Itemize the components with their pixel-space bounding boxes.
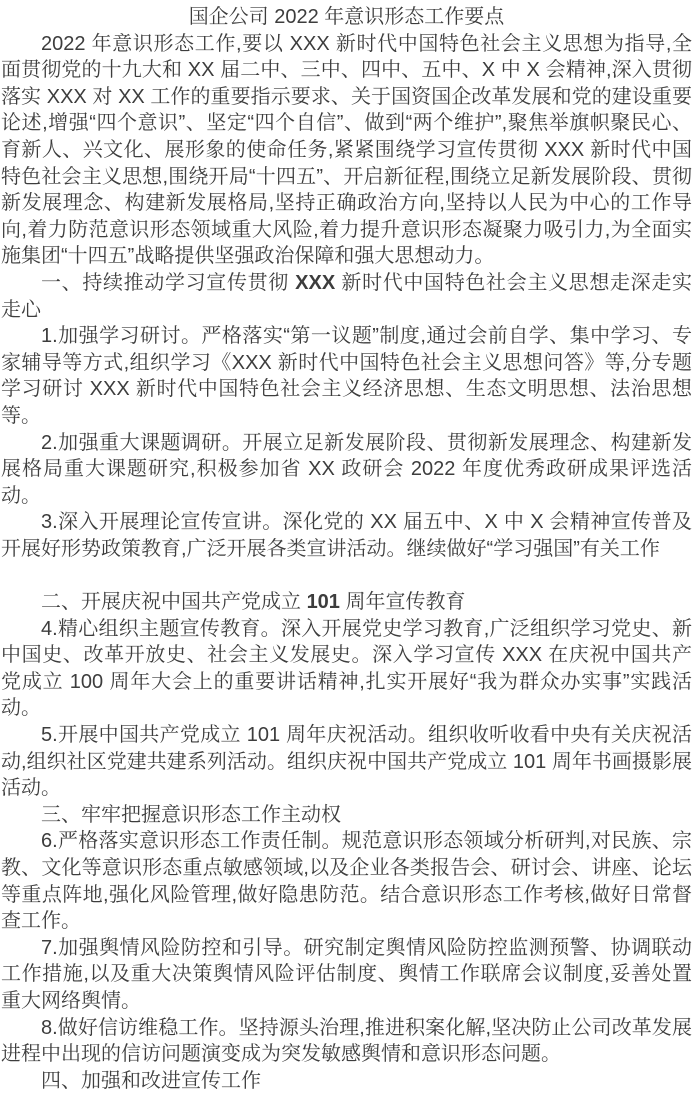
text-run: 7.加强舆情风险防控和引导。研究制定舆情风险防控监测预警、协调联动工作措施,以及… xyxy=(1,937,692,1012)
paragraph: 2022 年意识形态工作,要以 XXX 新时代中国特色社会主义思想为指导,全面贯… xyxy=(1,31,692,270)
text-run: 2.加强重大课题调研。开展立足新发展阶段、贯彻新发展理念、构建新发展格局重大课题… xyxy=(1,432,692,507)
text-run: 一、持续推动学习宣传贯彻 xyxy=(41,272,295,294)
paragraph: 3.深入开展理论宣传宣讲。深化党的 XX 届五中、X 中 X 会精神宣传普及开展… xyxy=(1,509,692,562)
document-page: 国企公司 2022 年意识形态工作要点 2022 年意识形态工作,要以 XXX … xyxy=(0,0,693,1097)
bold-text: XXX xyxy=(295,272,335,294)
text-run: 2022 年意识形态工作,要以 XXX 新时代中国特色社会主义思想为指导,全面贯… xyxy=(1,33,692,268)
text-run: 4.精心组织主题宣传教育。深入开展党史学习教育,广泛组织学习党史、新中国史、改革… xyxy=(1,618,692,720)
paragraph: 5.开展中国共产党成立 101 周年庆祝活动。组织收听收看中央有关庆祝活动,组织… xyxy=(1,722,692,802)
text-run: 3.深入开展理论宣传宣讲。深化党的 XX 届五中、X 中 X 会精神宣传普及开展… xyxy=(1,511,692,560)
paragraph: 4.精心组织主题宣传教育。深入开展党史学习教育,广泛组织学习党史、新中国史、改革… xyxy=(1,616,692,722)
document-body: 2022 年意识形态工作,要以 XXX 新时代中国特色社会主义思想为指导,全面贯… xyxy=(1,31,692,1095)
text-run: 1.加强学习研讨。严格落实“第一议题”制度,通过会前自学、集中学习、专家辅导等方… xyxy=(1,325,692,427)
paragraph: 7.加强舆情风险防控和引导。研究制定舆情风险防控监测预警、协调联动工作措施,以及… xyxy=(1,935,692,1015)
paragraph: 1.加强学习研讨。严格落实“第一议题”制度,通过会前自学、集中学习、专家辅导等方… xyxy=(1,323,692,429)
text-run: 三、牢牢把握意识形态工作主动权 xyxy=(41,804,341,826)
section-heading: 一、持续推动学习宣传贯彻 XXX 新时代中国特色社会主义思想走深走实走心 xyxy=(1,270,692,323)
text-run: 6.严格落实意识形态工作责任制。规范意识形态领域分析研判,对民族、宗教、文化等意… xyxy=(1,830,692,932)
empty-line xyxy=(1,562,692,589)
text-run: 8.做好信访维稳工作。坚持源头治理,推进积案化解,坚决防止公司改革发展进程中出现… xyxy=(1,1017,692,1066)
section-heading: 四、加强和改进宣传工作 xyxy=(1,1068,692,1095)
text-run: 5.开展中国共产党成立 101 周年庆祝活动。组织收听收看中央有关庆祝活动,组织… xyxy=(1,724,692,799)
text-run: 二、开展庆祝中国共产党成立 xyxy=(41,591,307,613)
paragraph: 8.做好信访维稳工作。坚持源头治理,推进积案化解,坚决防止公司改革发展进程中出现… xyxy=(1,1015,692,1068)
text-run: 四、加强和改进宣传工作 xyxy=(41,1070,261,1092)
section-heading: 二、开展庆祝中国共产党成立 101 周年宣传教育 xyxy=(1,589,692,616)
paragraph: 2.加强重大课题调研。开展立足新发展阶段、贯彻新发展理念、构建新发展格局重大课题… xyxy=(1,430,692,510)
section-heading: 三、牢牢把握意识形态工作主动权 xyxy=(1,802,692,829)
document-title: 国企公司 2022 年意识形态工作要点 xyxy=(1,4,692,31)
paragraph: 6.严格落实意识形态工作责任制。规范意识形态领域分析研判,对民族、宗教、文化等意… xyxy=(1,828,692,934)
bold-text: 101 xyxy=(307,591,340,613)
text-run: 周年宣传教育 xyxy=(340,591,466,613)
